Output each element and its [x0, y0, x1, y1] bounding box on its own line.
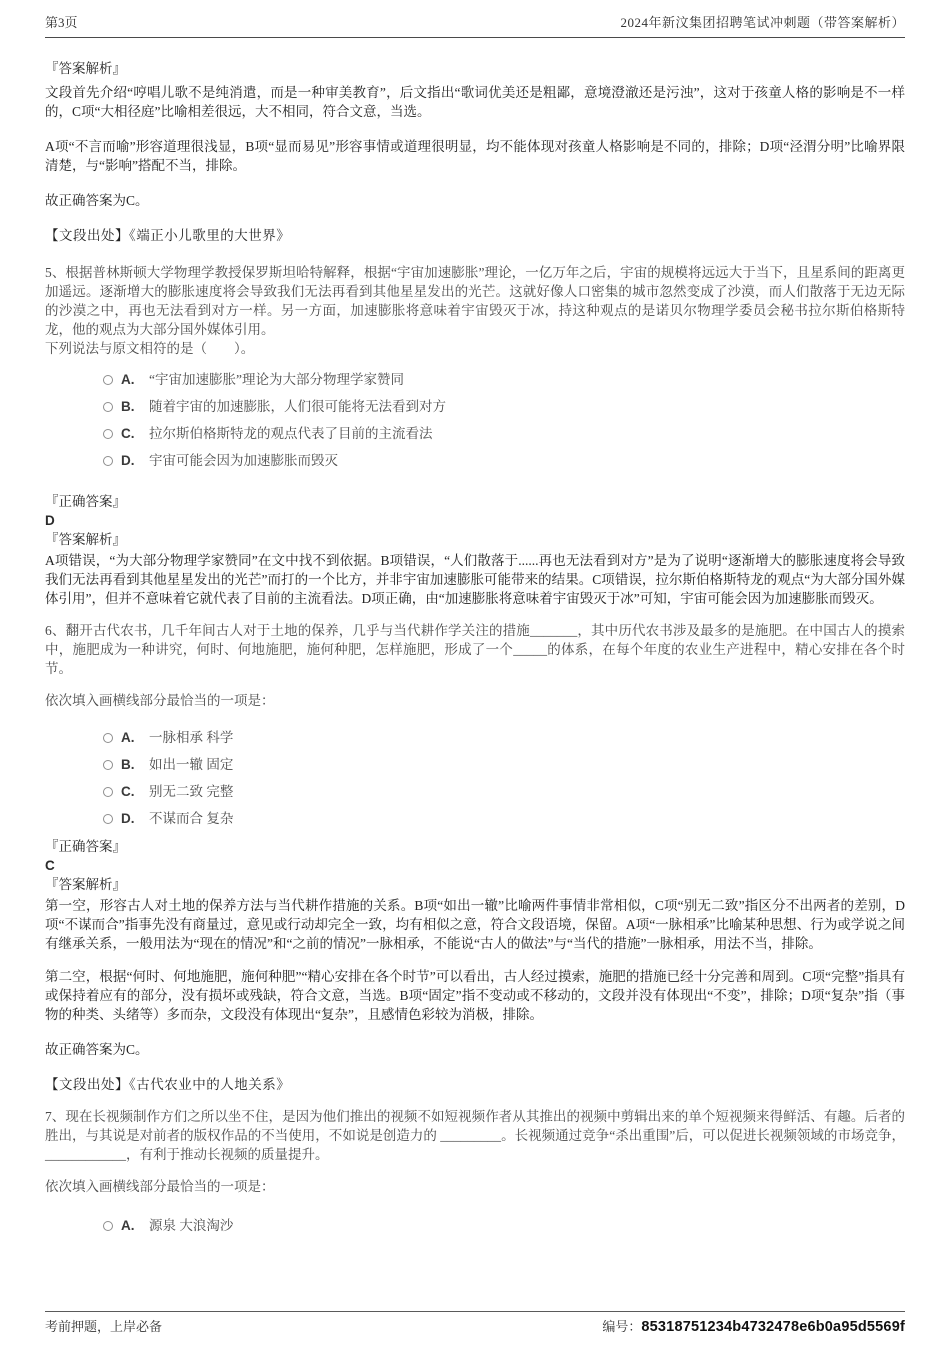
option-text: 源泉 大浪淘沙	[149, 1218, 233, 1233]
analysis-heading: 『答案解析』	[45, 530, 905, 549]
option-letter: A.	[121, 724, 149, 751]
analysis-paragraph: 第一空，形容古人对土地的保养方法与当代耕作措施的关系。B项“如出一辙”比喻两件事…	[45, 896, 905, 953]
page-body: 『答案解析』 文段首先介绍“哼唱儿歌不是纯消遣，而是一种审美教育”，后文指出“歌…	[0, 38, 950, 1239]
correct-answer-heading: 『正确答案』	[45, 837, 905, 856]
option-row: C.别无二致 完整	[45, 778, 905, 805]
option-text: 一脉相承 科学	[149, 730, 233, 745]
option-text: 如出一辙 固定	[149, 757, 233, 772]
radio-button[interactable]	[103, 1221, 113, 1231]
doc-title: 2024年新汶集团招聘笔试冲刺题（带答案解析）	[620, 14, 905, 32]
question-7-options: A.源泉 大浪淘沙	[45, 1212, 905, 1239]
option-letter: A.	[121, 1212, 149, 1239]
option-letter: B.	[121, 393, 149, 420]
option-text: 拉尔斯伯格斯特龙的观点代表了目前的主流看法	[149, 426, 433, 441]
doc-code-label: 编号：	[602, 1319, 641, 1334]
passage-source: 【文段出处】《端正小儿歌里的大世界》	[45, 226, 905, 245]
doc-code: 编号：85318751234b4732478e6b0a95d5569f	[602, 1317, 905, 1337]
radio-button[interactable]	[103, 402, 113, 412]
option-row: A.“宇宙加速膨胀”理论为大部分物理学家赞同	[45, 366, 905, 393]
option-row: A.一脉相承 科学	[45, 724, 905, 751]
answer-block: 『正确答案』 D 『答案解析』 A项错误，“为大部分物理学家赞同”在文中找不到依…	[45, 492, 905, 608]
analysis-paragraph: A项错误，“为大部分物理学家赞同”在文中找不到依据。B项错误，“人们散落于...…	[45, 551, 905, 608]
option-row: D.不谋而合 复杂	[45, 805, 905, 832]
option-row: B.随着宇宙的加速膨胀，人们很可能将无法看到对方	[45, 393, 905, 420]
page-header: 第3页 2024年新汶集团招聘笔试冲刺题（带答案解析）	[45, 14, 905, 38]
question-5-prompt: 下列说法与原文相符的是（ ）。	[45, 339, 905, 358]
option-text: “宇宙加速膨胀”理论为大部分物理学家赞同	[149, 372, 404, 387]
option-row: C.拉尔斯伯格斯特龙的观点代表了目前的主流看法	[45, 420, 905, 447]
question-6-stem: 6、翻开古代农书，几千年间古人对于土地的保养，几乎与当代耕作学关注的措施____…	[45, 621, 905, 678]
page-footer: 考前押题，上岸必备 编号：85318751234b4732478e6b0a95d…	[45, 1311, 905, 1337]
question-7-prompt: 依次填入画横线部分最恰当的一项是：	[45, 1177, 905, 1196]
question-6-options: A.一脉相承 科学 B.如出一辙 固定 C.别无二致 完整 D.不谋而合 复杂	[45, 724, 905, 832]
option-row: B.如出一辙 固定	[45, 751, 905, 778]
option-row: A.源泉 大浪淘沙	[45, 1212, 905, 1239]
analysis-paragraph: A项“不言而喻”形容道理很浅显，B项“显而易见”形容事情或道理很明显，均不能体现…	[45, 137, 905, 175]
radio-button[interactable]	[103, 375, 113, 385]
option-letter: D.	[121, 447, 149, 474]
radio-button[interactable]	[103, 733, 113, 743]
option-letter: C.	[121, 778, 149, 805]
option-letter: A.	[121, 366, 149, 393]
analysis-heading: 『答案解析』	[45, 875, 905, 894]
option-text: 别无二致 完整	[149, 784, 233, 799]
radio-button[interactable]	[103, 456, 113, 466]
passage-source: 【文段出处】《古代农业中的人地关系》	[45, 1075, 905, 1094]
radio-button[interactable]	[103, 787, 113, 797]
question-6-prompt: 依次填入画横线部分最恰当的一项是：	[45, 691, 905, 710]
page-number: 第3页	[45, 14, 78, 32]
correct-answer-value: C	[45, 856, 905, 875]
option-text: 宇宙可能会因为加速膨胀而毁灭	[149, 453, 338, 468]
option-letter: D.	[121, 805, 149, 832]
option-letter: C.	[121, 420, 149, 447]
correct-answer-value: D	[45, 511, 905, 530]
doc-code-value: 85318751234b4732478e6b0a95d5569f	[641, 1319, 905, 1335]
answer-conclusion: 故正确答案为C。	[45, 191, 905, 210]
footer-slogan: 考前押题，上岸必备	[45, 1317, 162, 1336]
radio-button[interactable]	[103, 429, 113, 439]
option-row: D.宇宙可能会因为加速膨胀而毁灭	[45, 447, 905, 474]
analysis-paragraph: 第二空，根据“何时、何地施肥，施何种肥”“精心安排在各个时节”可以看出，古人经过…	[45, 967, 905, 1024]
correct-answer-heading: 『正确答案』	[45, 492, 905, 511]
analysis-paragraph: 文段首先介绍“哼唱儿歌不是纯消遣，而是一种审美教育”，后文指出“歌词优美还是粗鄙…	[45, 83, 905, 121]
radio-button[interactable]	[103, 760, 113, 770]
answer-conclusion: 故正确答案为C。	[45, 1040, 905, 1059]
question-5-options: A.“宇宙加速膨胀”理论为大部分物理学家赞同 B.随着宇宙的加速膨胀，人们很可能…	[45, 366, 905, 474]
question-7-stem: 7、现在长视频制作方们之所以坐不住，是因为他们推出的视频不如短视频作者从其推出的…	[45, 1107, 905, 1164]
document-page: 第3页 2024年新汶集团招聘笔试冲刺题（带答案解析） 『答案解析』 文段首先介…	[0, 0, 950, 1345]
analysis-heading: 『答案解析』	[45, 59, 905, 78]
option-letter: B.	[121, 751, 149, 778]
option-text: 不谋而合 复杂	[149, 811, 233, 826]
option-text: 随着宇宙的加速膨胀，人们很可能将无法看到对方	[149, 399, 446, 414]
radio-button[interactable]	[103, 814, 113, 824]
answer-block: 『正确答案』 C 『答案解析』 第一空，形容古人对土地的保养方法与当代耕作措施的…	[45, 837, 905, 1094]
question-5-stem: 5、根据普林斯顿大学物理学教授保罗斯坦哈特解释，根据“宇宙加速膨胀”理论，一亿万…	[45, 263, 905, 339]
